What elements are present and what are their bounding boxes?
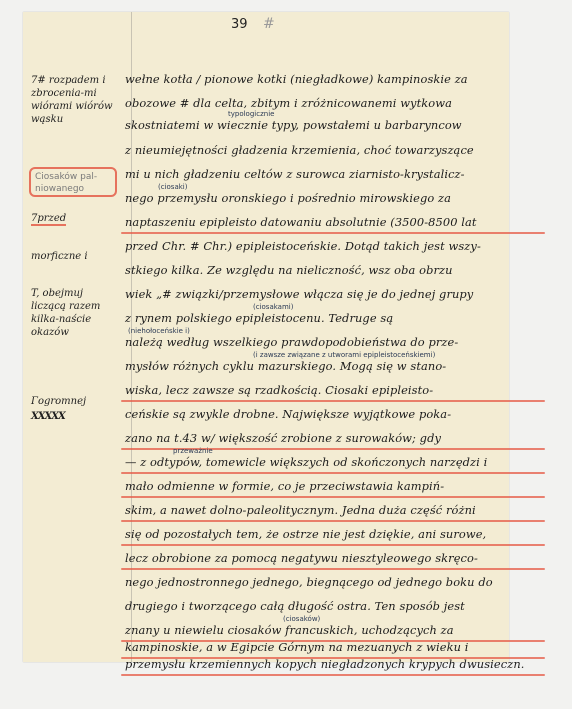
text-line-14: wiska, lecz zawsze są rzadkością. Ciosak… (125, 383, 545, 397)
insert-ciosakow: (ciosaków) (283, 615, 320, 623)
insert-ciosakami: (ciosakami) (253, 303, 293, 311)
text-line-4: z nieumiejętności gładzenia krzemienia, … (125, 143, 545, 157)
insert-przewaznie: przeważnie (173, 447, 213, 455)
margin-note-3: 7przed (31, 212, 117, 225)
text-line-13: mysłów różnych cyklu mazurskiego. Mogą s… (125, 359, 545, 373)
text-line-19: skim, a nawet dolno-paleolitycznym. Jedn… (125, 503, 545, 517)
margin-note-1: 7# rozpadem i zbrocenia-mi wiórami wióró… (31, 74, 117, 126)
manuscript-page: 39 # 7# rozpadem i zbrocenia-mi wiórami … (23, 12, 509, 662)
text-line-11: z rynem polskiego epipleistocenu. Tedrug… (125, 311, 545, 325)
text-line-5: mi u nich gładzeniu celtów z surowca zia… (125, 167, 545, 181)
text-line-16: zano na t.43 w/ większość zrobione z sur… (125, 431, 545, 445)
text-line-12: należą według wszelkiego prawdopodobieńs… (125, 335, 545, 349)
insert-ciosaki: (ciosaki) (158, 183, 187, 191)
text-line-8: przed Chr. # Chr.) epipleistoceńskie. Do… (125, 239, 545, 253)
margin-note-6-struck: XXXXX (31, 410, 117, 423)
text-line-18: mało odmienne w formie, co je przeciwsta… (125, 479, 545, 493)
text-line-23: drugiego i tworzącego całą długość ostra… (125, 599, 545, 613)
text-line-7: naptaszeniu epipleisto datowaniu absolut… (125, 215, 545, 229)
text-line-20: się od pozostałych tem, że ostrze nie je… (125, 527, 545, 541)
text-line-1: wełne kotła / pionowe kotki (niegładkowe… (125, 72, 545, 86)
text-line-26: przemysłu krzemiennych kopych niegładzon… (125, 657, 545, 671)
text-line-22: nego jednostronnego jednego, biegnącego … (125, 575, 545, 589)
page-number: 39 (231, 17, 248, 32)
text-line-9: stkiego kilka. Ze względu na nieliczność… (125, 263, 545, 277)
text-line-10: wiek „# związki/przemysłowe włącza się j… (125, 287, 545, 301)
text-line-3: skostniatemi w wiecznie typy, powstałemi… (125, 118, 545, 132)
margin-note-5: T, obejmuj liczącą razem kilka-naście ok… (31, 287, 117, 339)
insert-zwiazane: (i zawsze związane z utworami epipleisto… (253, 351, 435, 359)
page-mark: # (263, 16, 275, 32)
margin-note-6: Γogromnej (31, 395, 117, 408)
insert-typologicznie: typologicznie (228, 110, 274, 118)
margin-note-4: morficzne i (31, 250, 117, 263)
text-line-17: — z odtypów, tomewicle większych od skoń… (125, 455, 545, 469)
text-line-24: znany u niewielu ciosaków francuskich, u… (125, 623, 545, 637)
text-line-6: nego przemysłu oronskiego i pośrednio mi… (125, 191, 545, 205)
text-line-21: lecz obrobione za pomocą negatywu nieszt… (125, 551, 545, 565)
text-line-25: kampinoskie, a w Egipcie Górnym na mezua… (125, 640, 545, 654)
insert-nieholocenskie: (niehołoceńskie i) (128, 327, 190, 335)
text-line-15: ceńskie są zwykle drobne. Największe wyj… (125, 407, 545, 421)
text-line-2: obozowe # dla celta, zbitym i zróżnicowa… (125, 96, 545, 110)
margin-note-2-boxed: Ciosaków pal-niowanego (29, 167, 117, 197)
